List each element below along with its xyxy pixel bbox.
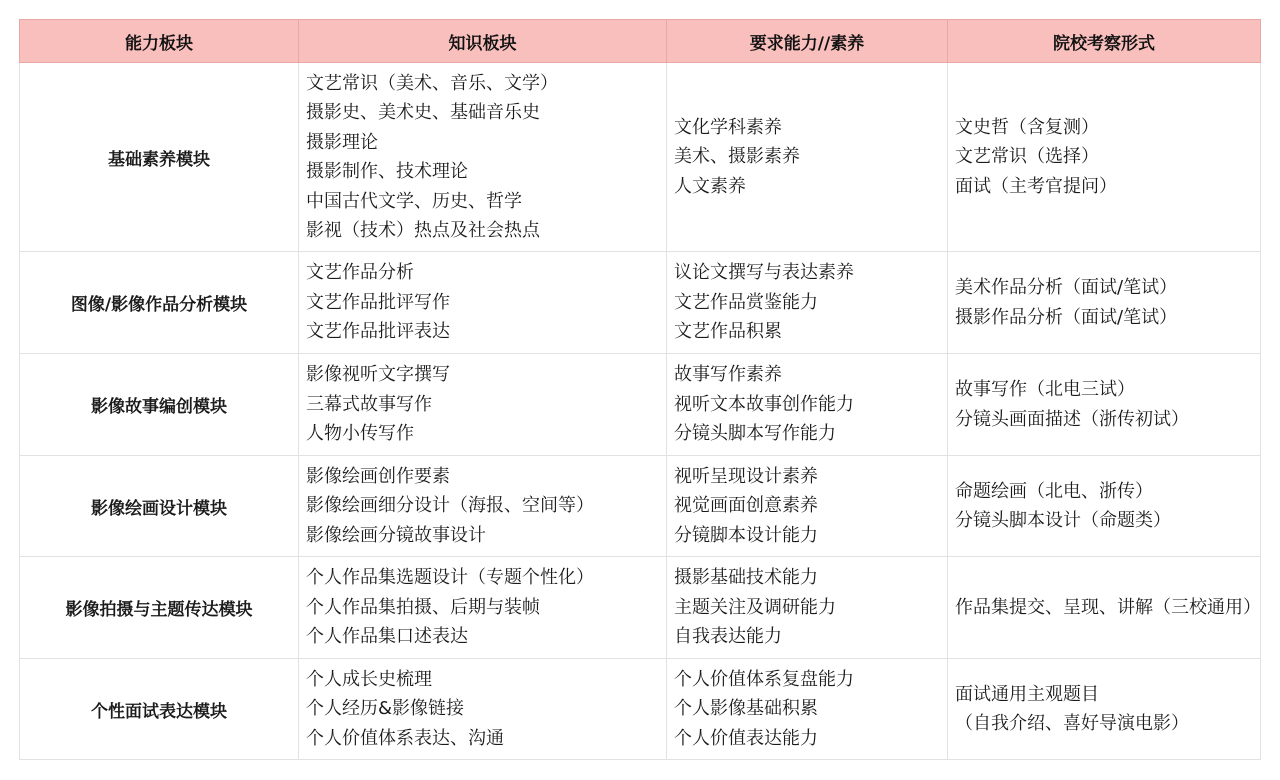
knowledge-item: 三幕式故事写作	[306, 390, 659, 420]
abilities-item: 美术、摄影素养	[674, 142, 940, 172]
abilities-cell: 摄影基础技术能力主题关注及调研能力自我表达能力	[667, 557, 948, 659]
knowledge-item: 个人作品集拍摄、后期与装帧	[306, 593, 659, 623]
curriculum-table: 能力板块 知识板块 要求能力//素养 院校考察形式 基础素养模块文艺常识（美术、…	[19, 19, 1261, 760]
table-row: 影像绘画设计模块影像绘画创作要素影像绘画细分设计（海报、空间等）影像绘画分镜故事…	[20, 456, 1261, 557]
assessment-item: 作品集提交、呈现、讲解（三校通用）	[955, 593, 1253, 623]
abilities-item: 主题关注及调研能力	[674, 593, 940, 623]
knowledge-item: 文艺作品批评写作	[306, 288, 659, 318]
knowledge-item: 影像绘画细分设计（海报、空间等）	[306, 491, 659, 521]
knowledge-item: 影像绘画创作要素	[306, 462, 659, 492]
assessment-cell: 故事写作（北电三试）分镜头画面描述（浙传初试）	[948, 354, 1261, 456]
abilities-item: 故事写作素养	[674, 360, 940, 390]
abilities-item: 自我表达能力	[674, 622, 940, 652]
knowledge-item: 文艺作品分析	[306, 258, 659, 288]
assessment-cell: 美术作品分析（面试/笔试）摄影作品分析（面试/笔试）	[948, 252, 1261, 354]
abilities-item: 分镜脚本设计能力	[674, 521, 940, 551]
module-name-cell: 影像故事编创模块	[20, 354, 299, 456]
abilities-item: 个人影像基础积累	[674, 694, 940, 724]
assessment-cell: 文史哲（含复测）文艺常识（选择）面试（主考官提问）	[948, 63, 1261, 252]
table-row: 图像/影像作品分析模块文艺作品分析文艺作品批评写作文艺作品批评表达议论文撰写与表…	[20, 252, 1261, 354]
abilities-cell: 文化学科素养美术、摄影素养人文素养	[667, 63, 948, 252]
knowledge-cell: 个人成长史梳理个人经历&影像链接个人价值体系表达、沟通	[299, 659, 667, 760]
assessment-cell: 面试通用主观题目（自我介绍、喜好导演电影）	[948, 659, 1261, 760]
table-header-row: 能力板块 知识板块 要求能力//素养 院校考察形式	[20, 20, 1261, 63]
assessment-cell: 作品集提交、呈现、讲解（三校通用）	[948, 557, 1261, 659]
table-row: 基础素养模块文艺常识（美术、音乐、文学）摄影史、美术史、基础音乐史摄影理论摄影制…	[20, 63, 1261, 252]
assessment-item: 分镜头脚本设计（命题类）	[955, 506, 1253, 536]
module-name-cell: 个性面试表达模块	[20, 659, 299, 760]
knowledge-item: 文艺常识（美术、音乐、文学）	[306, 69, 659, 99]
knowledge-item: 摄影理论	[306, 128, 659, 158]
abilities-item: 文艺作品积累	[674, 317, 940, 347]
header-assessment-form: 院校考察形式	[948, 20, 1261, 63]
knowledge-cell: 文艺常识（美术、音乐、文学）摄影史、美术史、基础音乐史摄影理论摄影制作、技术理论…	[299, 63, 667, 252]
abilities-item: 摄影基础技术能力	[674, 563, 940, 593]
abilities-item: 文化学科素养	[674, 113, 940, 143]
assessment-item: 面试通用主观题目	[955, 680, 1253, 710]
module-name-cell: 影像拍摄与主题传达模块	[20, 557, 299, 659]
knowledge-item: 文艺作品批评表达	[306, 317, 659, 347]
abilities-item: 视听呈现设计素养	[674, 462, 940, 492]
abilities-cell: 故事写作素养视听文本故事创作能力分镜头脚本写作能力	[667, 354, 948, 456]
assessment-item: 文艺常识（选择）	[955, 142, 1253, 172]
knowledge-cell: 影像绘画创作要素影像绘画细分设计（海报、空间等）影像绘画分镜故事设计	[299, 456, 667, 557]
table-row: 影像拍摄与主题传达模块个人作品集选题设计（专题个性化）个人作品集拍摄、后期与装帧…	[20, 557, 1261, 659]
abilities-item: 个人价值体系复盘能力	[674, 665, 940, 695]
assessment-item: 面试（主考官提问）	[955, 172, 1253, 202]
abilities-cell: 个人价值体系复盘能力个人影像基础积累个人价值表达能力	[667, 659, 948, 760]
abilities-cell: 视听呈现设计素养视觉画面创意素养分镜脚本设计能力	[667, 456, 948, 557]
knowledge-item: 个人价值体系表达、沟通	[306, 724, 659, 754]
knowledge-item: 个人作品集选题设计（专题个性化）	[306, 563, 659, 593]
header-ability-module: 能力板块	[20, 20, 299, 63]
knowledge-item: 个人成长史梳理	[306, 665, 659, 695]
knowledge-cell: 文艺作品分析文艺作品批评写作文艺作品批评表达	[299, 252, 667, 354]
module-name-cell: 基础素养模块	[20, 63, 299, 252]
assessment-item: （自我介绍、喜好导演电影）	[955, 709, 1253, 739]
assessment-item: 分镜头画面描述（浙传初试）	[955, 405, 1253, 435]
knowledge-item: 影像视听文字撰写	[306, 360, 659, 390]
table-row: 影像故事编创模块影像视听文字撰写三幕式故事写作人物小传写作故事写作素养视听文本故…	[20, 354, 1261, 456]
header-required-abilities: 要求能力//素养	[667, 20, 948, 63]
module-name-cell: 影像绘画设计模块	[20, 456, 299, 557]
header-knowledge-module: 知识板块	[299, 20, 667, 63]
assessment-item: 故事写作（北电三试）	[955, 375, 1253, 405]
abilities-item: 个人价值表达能力	[674, 724, 940, 754]
module-name-cell: 图像/影像作品分析模块	[20, 252, 299, 354]
assessment-item: 摄影作品分析（面试/笔试）	[955, 303, 1253, 333]
assessment-item: 文史哲（含复测）	[955, 113, 1253, 143]
knowledge-item: 影视（技术）热点及社会热点	[306, 216, 659, 246]
knowledge-item: 影像绘画分镜故事设计	[306, 521, 659, 551]
knowledge-cell: 个人作品集选题设计（专题个性化）个人作品集拍摄、后期与装帧个人作品集口述表达	[299, 557, 667, 659]
abilities-item: 议论文撰写与表达素养	[674, 258, 940, 288]
knowledge-cell: 影像视听文字撰写三幕式故事写作人物小传写作	[299, 354, 667, 456]
abilities-item: 人文素养	[674, 172, 940, 202]
knowledge-item: 摄影史、美术史、基础音乐史	[306, 98, 659, 128]
assessment-item: 命题绘画（北电、浙传）	[955, 477, 1253, 507]
knowledge-item: 摄影制作、技术理论	[306, 157, 659, 187]
knowledge-item: 个人作品集口述表达	[306, 622, 659, 652]
abilities-item: 文艺作品赏鉴能力	[674, 288, 940, 318]
knowledge-item: 中国古代文学、历史、哲学	[306, 187, 659, 217]
knowledge-item: 个人经历&影像链接	[306, 694, 659, 724]
abilities-item: 视听文本故事创作能力	[674, 390, 940, 420]
abilities-cell: 议论文撰写与表达素养文艺作品赏鉴能力文艺作品积累	[667, 252, 948, 354]
assessment-cell: 命题绘画（北电、浙传）分镜头脚本设计（命题类）	[948, 456, 1261, 557]
knowledge-item: 人物小传写作	[306, 419, 659, 449]
assessment-item: 美术作品分析（面试/笔试）	[955, 273, 1253, 303]
table-row: 个性面试表达模块个人成长史梳理个人经历&影像链接个人价值体系表达、沟通个人价值体…	[20, 659, 1261, 760]
abilities-item: 视觉画面创意素养	[674, 491, 940, 521]
abilities-item: 分镜头脚本写作能力	[674, 419, 940, 449]
